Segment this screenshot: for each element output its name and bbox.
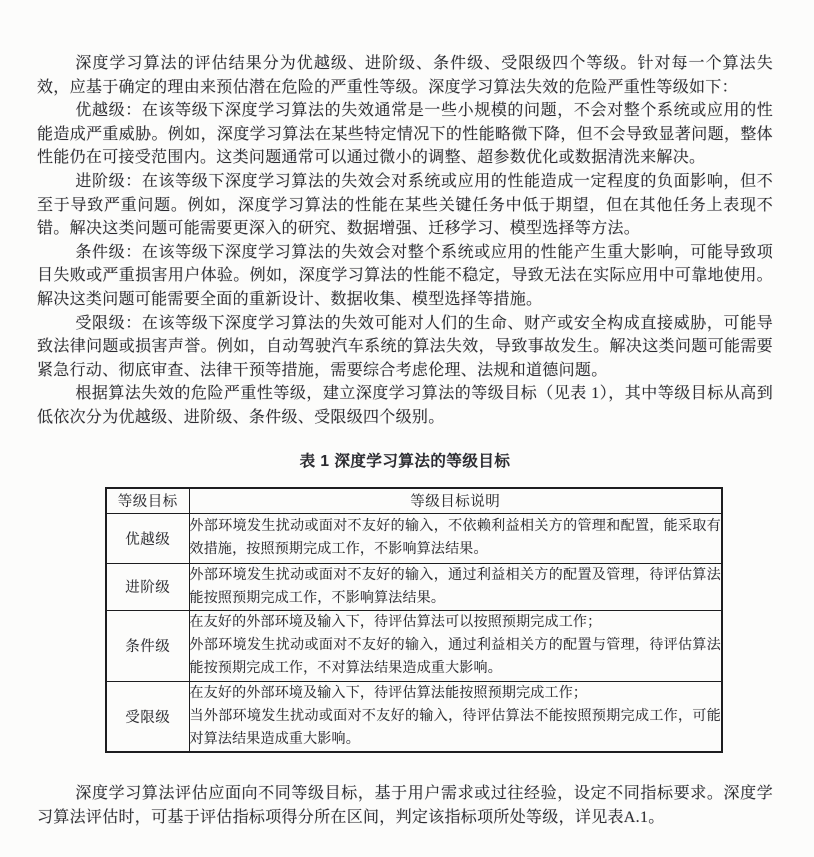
para-intro: 深度学习算法的评估结果分为优越级、进阶级、条件级、受限级四个等级。针对每一个算法… [37,52,773,99]
table-row-restricted: 受限级 在友好的外部环境及输入下，待评估算法能按照预期完成工作； 当外部环境发生… [106,681,722,752]
description-text: 外部环境发生扰动或面对不友好的输入，不依赖利益相关方的管理和配置，能采取有效措施… [190,515,722,561]
level-cell: 进阶级 [106,563,189,610]
table-row-conditional: 条件级 在友好的外部环境及输入下，待评估算法可以按照预期完成工作； 外部环境发生… [106,610,722,681]
table-caption: 表 1 深度学习算法的等级目标 [37,452,773,472]
description-text: 在友好的外部环境及输入下，待评估算法能按照预期完成工作； [190,682,722,705]
table-row-superior: 优越级 外部环境发生扰动或面对不友好的输入，不依赖利益相关方的管理和配置，能采取… [106,513,722,563]
para-superior-level: 优越级：在该等级下深度学习算法的失效通常是一些小规模的问题，不会对整个系统或应用… [37,99,773,170]
grade-target-table: 等级目标 等级目标说明 优越级 外部环境发生扰动或面对不友好的输入，不依赖利益相… [105,487,723,754]
table-row-advanced: 进阶级 外部环境发生扰动或面对不友好的输入，通过利益相关方的配置及管理，待评估算… [106,563,722,610]
document-page-content: 深度学习算法的评估结果分为优越级、进阶级、条件级、受限级四个等级。针对每一个算法… [0,0,814,857]
table-header-row: 等级目标 等级目标说明 [106,488,722,514]
column-header-level: 等级目标 [106,488,189,514]
para-grade-targets: 根据算法失效的危险严重性等级，建立深度学习算法的等级目标（见表 1），其中等级目… [37,382,773,429]
para-restricted-level: 受限级：在该等级下深度学习算法的失效可能对人们的生命、财产或安全构成直接威胁，可… [37,312,773,383]
level-cell: 条件级 [106,610,189,681]
para-conditional-level: 条件级：在该等级下深度学习算法的失效会对整个系统或应用的性能产生重大影响，可能导… [37,241,773,312]
level-cell: 受限级 [106,681,189,752]
column-header-description: 等级目标说明 [189,488,722,514]
document-page: { "page": { "background_color": "#fcfcfb… [0,0,814,857]
description-text: 当外部环境发生扰动或面对不友好的输入，待评估算法不能按照预期完成工作，可能对算法… [190,705,722,751]
description-cell: 外部环境发生扰动或面对不友好的输入，不依赖利益相关方的管理和配置，能采取有效措施… [189,513,722,563]
description-text: 外部环境发生扰动或面对不友好的输入，通过利益相关方的配置与管理，待评估算法能按预… [190,634,722,680]
description-text: 在友好的外部环境及输入下，待评估算法可以按照预期完成工作； [190,611,722,634]
description-cell: 在友好的外部环境及输入下，待评估算法能按照预期完成工作； 当外部环境发生扰动或面… [189,681,722,752]
description-cell: 在友好的外部环境及输入下，待评估算法可以按照预期完成工作； 外部环境发生扰动或面… [189,610,722,681]
description-cell: 外部环境发生扰动或面对不友好的输入，通过利益相关方的配置及管理，待评估算法能按照… [189,563,722,610]
para-closing: 深度学习算法评估应面向不同等级目标，基于用户需求或过往经验，设定不同指标要求。深… [37,782,773,829]
description-text: 外部环境发生扰动或面对不友好的输入，通过利益相关方的配置及管理，待评估算法能按照… [190,564,722,610]
level-cell: 优越级 [106,513,189,563]
para-advanced-level: 进阶级：在该等级下深度学习算法的失效会对系统或应用的性能造成一定程度的负面影响，… [37,170,773,241]
